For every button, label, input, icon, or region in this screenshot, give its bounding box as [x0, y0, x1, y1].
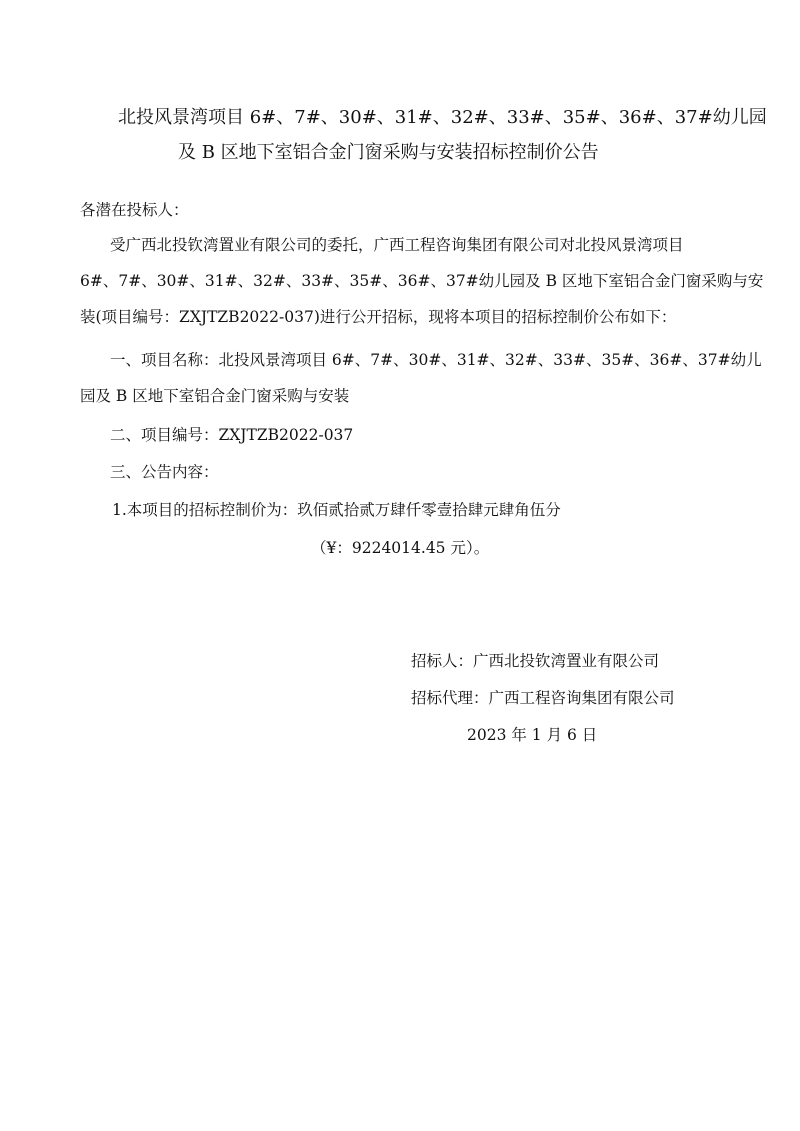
document-title-line-1: 北投风景湾项目 6#、7#、30#、31#、32#、33#、35#、36#、37… — [118, 106, 708, 130]
signature-tenderer: 招标人：广西北投钦湾置业有限公司 — [411, 651, 659, 671]
section-project-name-line-1: 一、项目名称：北投风景湾项目 6#、7#、30#、31#、32#、33#、35#… — [110, 350, 762, 370]
signature-agent: 招标代理：广西工程咨询集团有限公司 — [411, 688, 675, 708]
signature-date: 2023 年 1 月 6 日 — [467, 725, 597, 745]
control-price-amount: （¥：9224014.45 元）。 — [311, 538, 489, 558]
section-project-number: 二、项目编号：ZXJTZB2022-037 — [110, 425, 353, 445]
document-page: 北投风景湾项目 6#、7#、30#、31#、32#、33#、35#、36#、37… — [0, 0, 800, 1131]
intro-line-1: 受广西北投钦湾置业有限公司的委托，广西工程咨询集团有限公司对北投风景湾项目 — [110, 235, 684, 255]
section-project-name-line-2: 园及 B 区地下室铝合金门窗采购与安装 — [80, 386, 349, 406]
intro-line-3: 装(项目编号：ZXJTZB2022-037)进行公开招标，现将本项目的招标控制价… — [80, 307, 676, 327]
document-title-line-2: 及 B 区地下室铝合金门窗采购与安装招标控制价公告 — [178, 141, 599, 165]
salutation: 各潜在投标人： — [80, 200, 189, 220]
control-price-text: 1.本项目的招标控制价为：玖佰贰拾贰万肆仟零壹拾肆元肆角伍分 — [112, 500, 561, 520]
intro-line-2: 6#、7#、30#、31#、32#、33#、35#、36#、37#幼儿园及 B … — [80, 271, 763, 291]
section-announcement-content: 三、公告内容： — [110, 462, 219, 482]
